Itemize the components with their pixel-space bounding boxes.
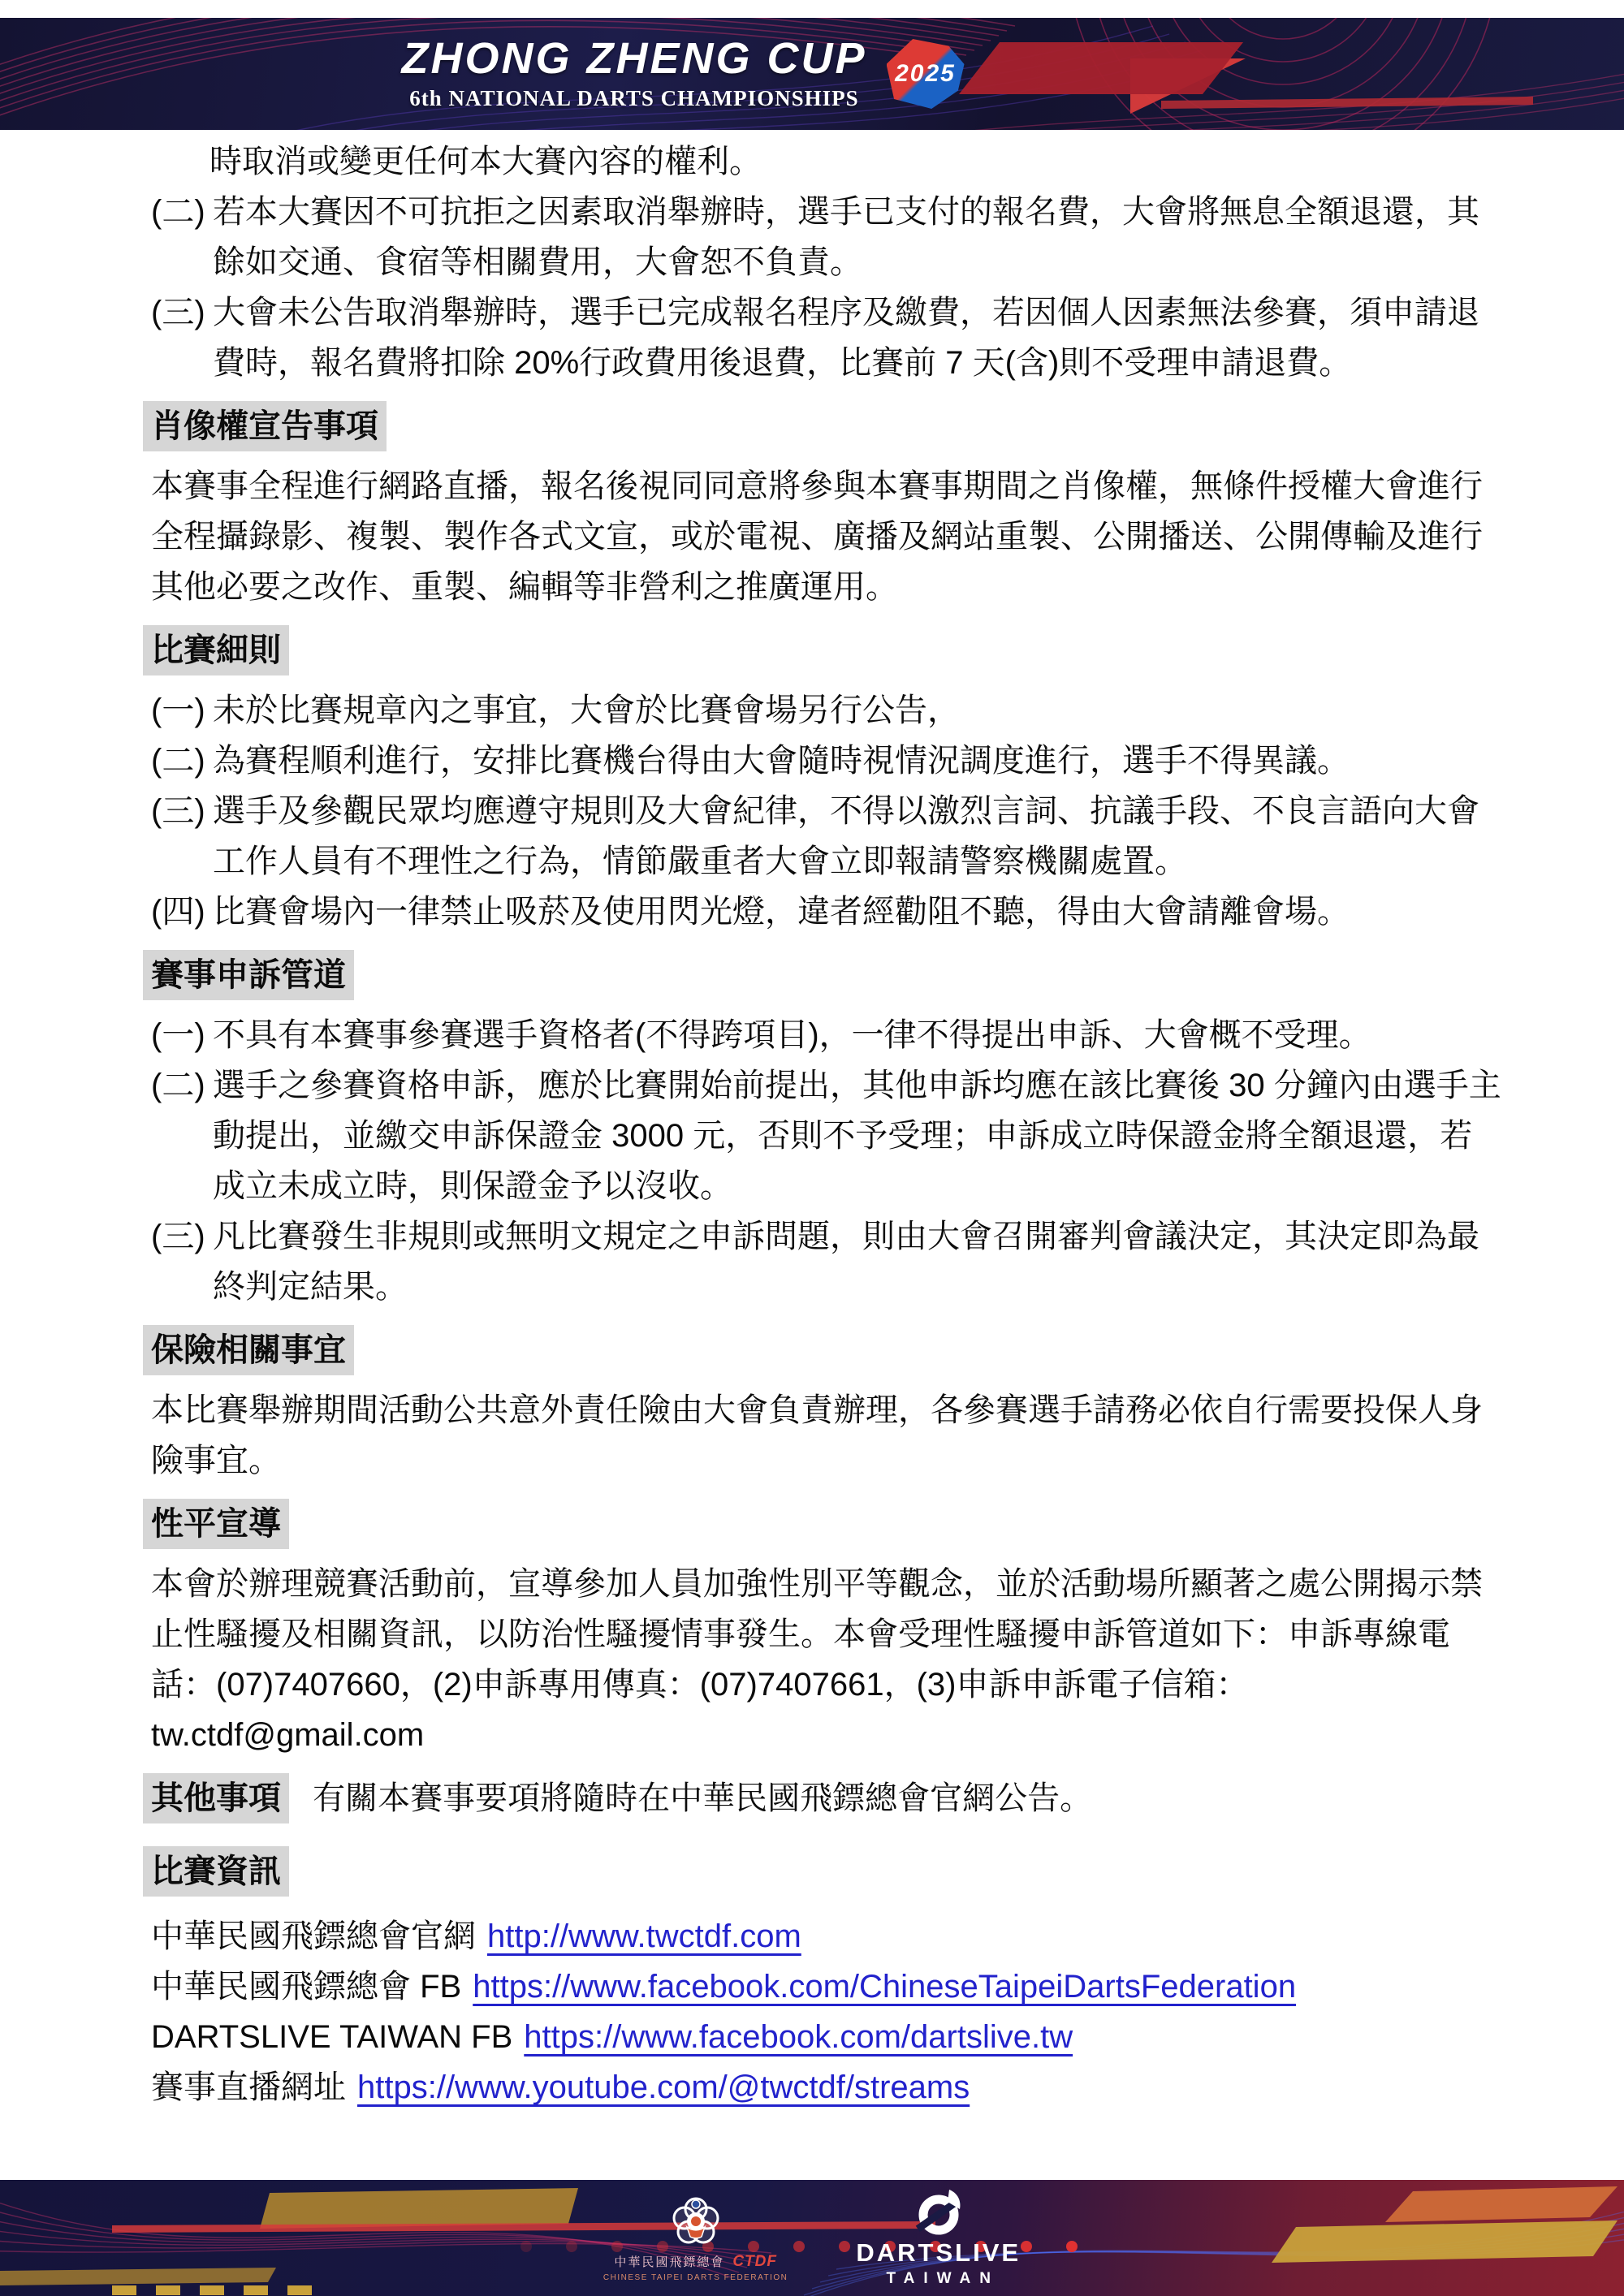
dartslive-facebook-link[interactable]: https://www.facebook.com/dartslive.tw <box>524 2019 1073 2055</box>
page-top-margin <box>0 0 1624 18</box>
red-parallelogram-accent <box>958 42 1242 94</box>
section-heading-match-info: 比賽資訊 <box>143 1846 289 1897</box>
ctdf-name-en: CHINESE TAIPEI DARTS FEDERATION <box>603 2273 788 2282</box>
list-item: (三) 大會未公告取消舉辦時，選手已完成報名程序及繳費，若因個人因素無法參賽，須… <box>151 287 1504 388</box>
list-item-number: (一) <box>151 1010 213 1060</box>
list-item-number: (二) <box>151 1060 213 1211</box>
match-info-links: 中華民國飛鏢總會官網http://www.twctdf.com 中華民國飛鏢總會… <box>151 1911 1504 2113</box>
list-item-number: (三) <box>151 1211 213 1312</box>
section-heading-appeal-channel: 賽事申訴管道 <box>143 950 354 1000</box>
sponsor-logos: 中華民國飛鏢總會CTDF CHINESE TAIPEI DARTS FEDERA… <box>0 2180 1624 2296</box>
event-title: ZHONG ZHENG CUP <box>401 37 866 80</box>
ctdf-logo-block: 中華民國飛鏢總會CTDF CHINESE TAIPEI DARTS FEDERA… <box>603 2195 788 2282</box>
list-item: (二) 若本大賽因不可抗拒之因素取消舉辦時，選手已支付的報名費，大會將無息全額退… <box>151 187 1504 287</box>
ctdf-name-row: 中華民國飛鏢總會CTDF <box>614 2253 777 2271</box>
section-appeal-channel: 賽事申訴管道 (一) 不具有本賽事參賽選手資格者(不得跨項目)，一律不得提出申訴… <box>151 937 1504 1312</box>
list-item-text: 若本大賽因不可抗拒之因素取消舉辦時，選手已支付的報名費，大會將無息全額退還，其餘… <box>213 187 1504 287</box>
section-match-rules: 比賽細則 (一) 未於比賽規章內之事宜，大會於比賽會場另行公告， (二) 為賽程… <box>151 612 1504 937</box>
event-banner: ZHONG ZHENG CUP 6th NATIONAL DARTS CHAMP… <box>0 18 1624 130</box>
section-heading-insurance: 保險相關事宜 <box>143 1325 354 1375</box>
list-item: (四) 比賽會場內一律禁止吸菸及使用閃光燈，違者經勸阻不聽，得由大會請離會場。 <box>151 887 1504 937</box>
section-heading-gender-equality: 性平宣導 <box>143 1499 289 1549</box>
link-line: 賽事直播網址https://www.youtube.com/@twctdf/st… <box>151 2062 1504 2113</box>
link-line: DARTSLIVE TAIWAN FBhttps://www.facebook.… <box>151 2012 1504 2062</box>
list-item: (一) 未於比賽規章內之事宜，大會於比賽會場另行公告， <box>151 685 1504 736</box>
dartslive-logo-block: DARTSLIVE TAIWAN <box>856 2188 1021 2288</box>
section-heading-match-rules: 比賽細則 <box>143 625 289 675</box>
section-insurance: 保險相關事宜 本比賽舉辦期間活動公共意外責任險由大會負責辦理，各參賽選手請務必依… <box>151 1312 1504 1486</box>
ctdf-plum-blossom-icon <box>666 2195 726 2253</box>
list-item-number: (三) <box>151 287 213 388</box>
list-item: (二) 選手之參賽資格申訴，應於比賽開始前提出，其他申訴均應在該比賽後 30 分… <box>151 1060 1504 1211</box>
link-label: DARTSLIVE TAIWAN FB <box>151 2019 512 2055</box>
ctdf-name-zh: 中華民國飛鏢總會 <box>614 2255 724 2269</box>
section-portrait-rights: 肖像權宣告事項 本賽事全程進行網路直播，報名後視同同意將參與本賽事期間之肖像權，… <box>151 388 1504 612</box>
section-match-info: 比賽資訊 中華民國飛鏢總會官網http://www.twctdf.com 中華民… <box>151 1833 1504 2113</box>
list-item: (二) 為賽程順利進行，安排比賽機台得由大會隨時視情況調度進行，選手不得異議。 <box>151 736 1504 786</box>
dartslive-region-text: TAIWAN <box>877 2270 1000 2288</box>
year-badge-label: 2025 <box>895 60 956 88</box>
link-line: 中華民國飛鏢總會 FBhttps://www.facebook.com/Chin… <box>151 1962 1504 2012</box>
list-item-number: (一) <box>151 685 213 736</box>
list-item-text: 為賽程順利進行，安排比賽機台得由大會隨時視情況調度進行，選手不得異議。 <box>213 736 1504 786</box>
link-label: 中華民國飛鏢總會官網 <box>151 1918 476 1954</box>
section-other-matters: 其他事項 有關本賽事要項將隨時在中華民國飛鏢總會官網公告。 <box>151 1773 1504 1823</box>
event-logo-group: ZHONG ZHENG CUP 6th NATIONAL DARTS CHAMP… <box>0 18 1624 130</box>
link-label: 賽事直播網址 <box>151 2069 346 2105</box>
list-item-number: (二) <box>151 187 213 287</box>
rules-document: 時取消或變更任何本大賽內容的權利。 (二) 若本大賽因不可抗拒之因素取消舉辦時，… <box>0 130 1624 2180</box>
link-line: 中華民國飛鏢總會官網http://www.twctdf.com <box>151 1911 1504 1962</box>
dartslive-swirl-icon <box>914 2188 964 2237</box>
gender-equality-paragraph: 本會於辦理競賽活動前，宣導參加人員加強性別平等觀念，並於活動場所顯著之處公開揭示… <box>151 1559 1504 1760</box>
event-logo-text: ZHONG ZHENG CUP 6th NATIONAL DARTS CHAMP… <box>401 37 866 111</box>
official-site-link[interactable]: http://www.twctdf.com <box>487 1918 801 1954</box>
list-item: (三) 選手及參觀民眾均應遵守規則及大會紀律，不得以激烈言詞、抗議手段、不良言語… <box>151 786 1504 887</box>
ctdf-abbr: CTDF <box>732 2253 777 2270</box>
dartslive-brand-text: DARTSLIVE <box>856 2240 1021 2265</box>
event-subtitle: 6th NATIONAL DARTS CHAMPIONSHIPS <box>401 86 866 111</box>
list-item-text: 選手及參觀民眾均應遵守規則及大會紀律，不得以激烈言詞、抗議手段、不良言語向大會工… <box>213 786 1504 887</box>
section-heading-other-matters: 其他事項 <box>143 1773 289 1823</box>
list-item-text: 凡比賽發生非規則或無明文規定之申訴問題，則由大會召開審判會議決定，其決定即為最終… <box>213 1211 1504 1312</box>
portrait-rights-paragraph: 本賽事全程進行網路直播，報名後視同同意將參與本賽事期間之肖像權，無條件授權大會進… <box>151 461 1504 612</box>
year-badge: 2025 <box>887 39 965 109</box>
list-item-number: (二) <box>151 736 213 786</box>
list-item-text: 選手之參賽資格申訴，應於比賽開始前提出，其他申訴均應在該比賽後 30 分鐘內由選… <box>213 1060 1504 1211</box>
sponsor-banner: 中華民國飛鏢總會CTDF CHINESE TAIPEI DARTS FEDERA… <box>0 2180 1624 2296</box>
list-item-number: (四) <box>151 887 213 937</box>
list-item-text: 未於比賽規章內之事宜，大會於比賽會場另行公告， <box>213 685 1504 736</box>
youtube-stream-link[interactable]: https://www.youtube.com/@twctdf/streams <box>357 2069 970 2105</box>
list-item: (一) 不具有本賽事參賽選手資格者(不得跨項目)，一律不得提出申訴、大會概不受理… <box>151 1010 1504 1060</box>
list-item: (三) 凡比賽發生非規則或無明文規定之申訴問題，則由大會召開審判會議決定，其決定… <box>151 1211 1504 1312</box>
section-heading-portrait-rights: 肖像權宣告事項 <box>143 401 387 451</box>
section-gender-equality: 性平宣導 本會於辦理競賽活動前，宣導參加人員加強性別平等觀念，並於活動場所顯著之… <box>151 1486 1504 1760</box>
paragraph-continuation-line: 時取消或變更任何本大賽內容的權利。 <box>209 136 1504 187</box>
other-matters-text: 有關本賽事要項將隨時在中華民國飛鏢總會官網公告。 <box>313 1780 1092 1816</box>
list-item-number: (三) <box>151 786 213 887</box>
list-item-text: 比賽會場內一律禁止吸菸及使用閃光燈，違者經勸阻不聽，得由大會請離會場。 <box>213 887 1504 937</box>
insurance-paragraph: 本比賽舉辦期間活動公共意外責任險由大會負責辦理，各參賽選手請務必依自行需要投保人… <box>151 1385 1504 1486</box>
federation-facebook-link[interactable]: https://www.facebook.com/ChineseTaipeiDa… <box>473 1969 1296 2005</box>
link-label: 中華民國飛鏢總會 FB <box>151 1969 461 2005</box>
list-item-text: 大會未公告取消舉辦時，選手已完成報名程序及繳費，若因個人因素無法參賽，須申請退費… <box>213 287 1504 388</box>
list-item-text: 不具有本賽事參賽選手資格者(不得跨項目)，一律不得提出申訴、大會概不受理。 <box>213 1010 1504 1060</box>
